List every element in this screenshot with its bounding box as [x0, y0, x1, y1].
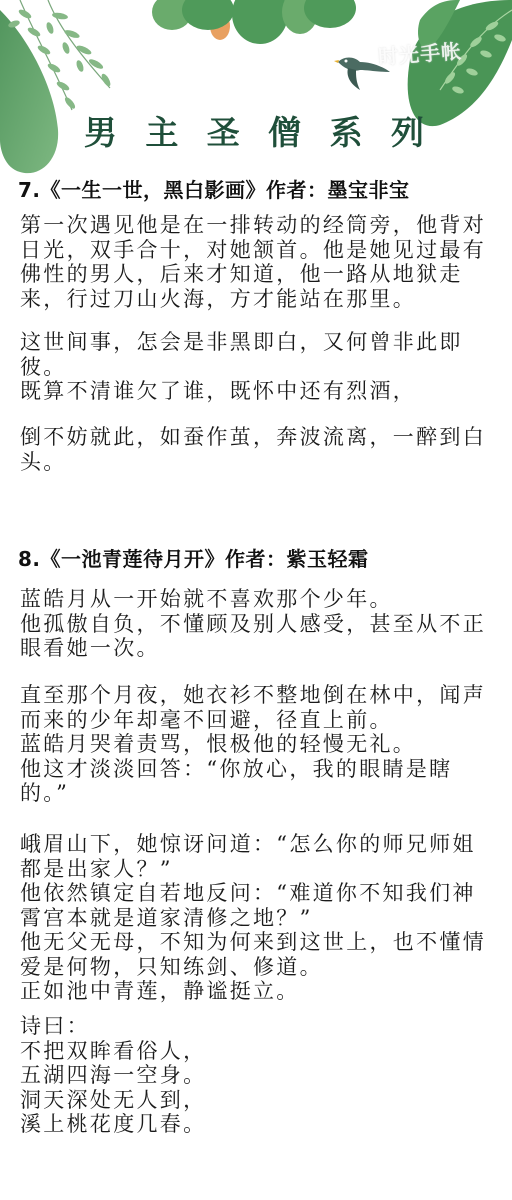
text-line: 彼。: [20, 355, 500, 380]
poem-line: 不把双眸看俗人，: [20, 1039, 500, 1064]
entry-7-paragraph-1: 第一次遇见他是在一排转动的经筒旁，他背对 日光，双手合十，对她颔首。他是她见过最…: [20, 213, 500, 311]
text-line: 他孤傲自负，不懂顾及别人感受，甚至从不正: [20, 612, 500, 637]
text-line: 正如池中青莲，静谧挺立。: [20, 979, 500, 1004]
text-line: 峨眉山下，她惊讶问道：“怎么你的师兄师姐: [20, 832, 500, 857]
entry-heading-8: 8.《一池青莲待月开》作者：紫玉轻霜: [18, 543, 369, 572]
title-char: 圣: [207, 107, 240, 154]
text-line: 直至那个月夜，她衣衫不整地倒在林中，闻声: [20, 683, 500, 708]
text-line: 他依然镇定自若地反问：“难道你不知我们神: [20, 881, 500, 906]
title-char: 男: [84, 107, 117, 154]
entry-8-paragraph-3: 峨眉山下，她惊讶问道：“怎么你的师兄师姐 都是出家人？” 他依然镇定自若地反问：…: [20, 832, 500, 1004]
text-line: 爱是何物，只知练剑、修道。: [20, 955, 500, 980]
text-line: 这世间事，怎会是非黑即白，又何曾非此即: [20, 330, 500, 355]
entry-heading-7: 7.《一生一世，黑白影画》作者：墨宝非宝: [18, 174, 410, 203]
text-line: 都是出家人？”: [20, 857, 500, 882]
text-line: 佛性的男人，后来才知道，他一路从地狱走: [20, 262, 500, 287]
watermark-text: 时光手帐: [377, 35, 463, 70]
title-char: 僧: [268, 107, 301, 154]
poem-line: 五湖四海一空身。: [20, 1063, 500, 1088]
text-line: 来，行过刀山火海，方才能站在那里。: [20, 287, 500, 312]
poem-line: 洞天深处无人到，: [20, 1088, 500, 1113]
text-line: 他这才淡淡回答：“你放心，我的眼睛是瞎: [20, 757, 500, 782]
text-line: 倒不妨就此，如蚕作茧，奔波流离，一醉到白: [20, 425, 500, 450]
entry-8-paragraph-1: 蓝皓月从一开始就不喜欢那个少年。 他孤傲自负，不懂顾及别人感受，甚至从不正 眼看…: [20, 587, 500, 661]
leaf-decoration-top: [150, 0, 360, 50]
poem-line: 溪上桃花度几春。: [20, 1112, 500, 1137]
entry-8-poem: 诗曰： 不把双眸看俗人， 五湖四海一空身。 洞天深处无人到， 溪上桃花度几春。: [20, 1014, 500, 1137]
text-line: 既算不清谁欠了谁，既怀中还有烈酒，: [20, 379, 500, 404]
text-line: 眼看她一次。: [20, 636, 500, 661]
text-line: 蓝皓月从一开始就不喜欢那个少年。: [20, 587, 500, 612]
text-line: 日光，双手合十，对她颔首。他是她见过最有: [20, 238, 500, 263]
text-line: 霄宫本就是道家清修之地？”: [20, 906, 500, 931]
title-char: 系: [330, 107, 363, 154]
page-title: 男 主 圣 僧 系 列: [84, 106, 424, 154]
entry-7-paragraph-2: 这世间事，怎会是非黑即白，又何曾非此即 彼。 既算不清谁欠了谁，既怀中还有烈酒，: [20, 330, 500, 404]
title-char: 主: [145, 107, 178, 154]
text-line: 而来的少年却毫不回避，径直上前。: [20, 708, 500, 733]
text-line: 头。: [20, 450, 500, 475]
entry-7-paragraph-3: 倒不妨就此，如蚕作茧，奔波流离，一醉到白 头。: [20, 425, 500, 474]
entry-8-paragraph-2: 直至那个月夜，她衣衫不整地倒在林中，闻声 而来的少年却毫不回避，径直上前。 蓝皓…: [20, 683, 500, 806]
text-line: 蓝皓月哭着责骂，恨极他的轻慢无礼。: [20, 732, 500, 757]
text-line: 第一次遇见他是在一排转动的经筒旁，他背对: [20, 213, 500, 238]
text-line: 的。”: [20, 781, 500, 806]
text-line: 他无父无母，不知为何来到这世上，也不懂情: [20, 930, 500, 955]
title-char: 列: [391, 107, 424, 154]
poem-intro: 诗曰：: [20, 1014, 500, 1039]
